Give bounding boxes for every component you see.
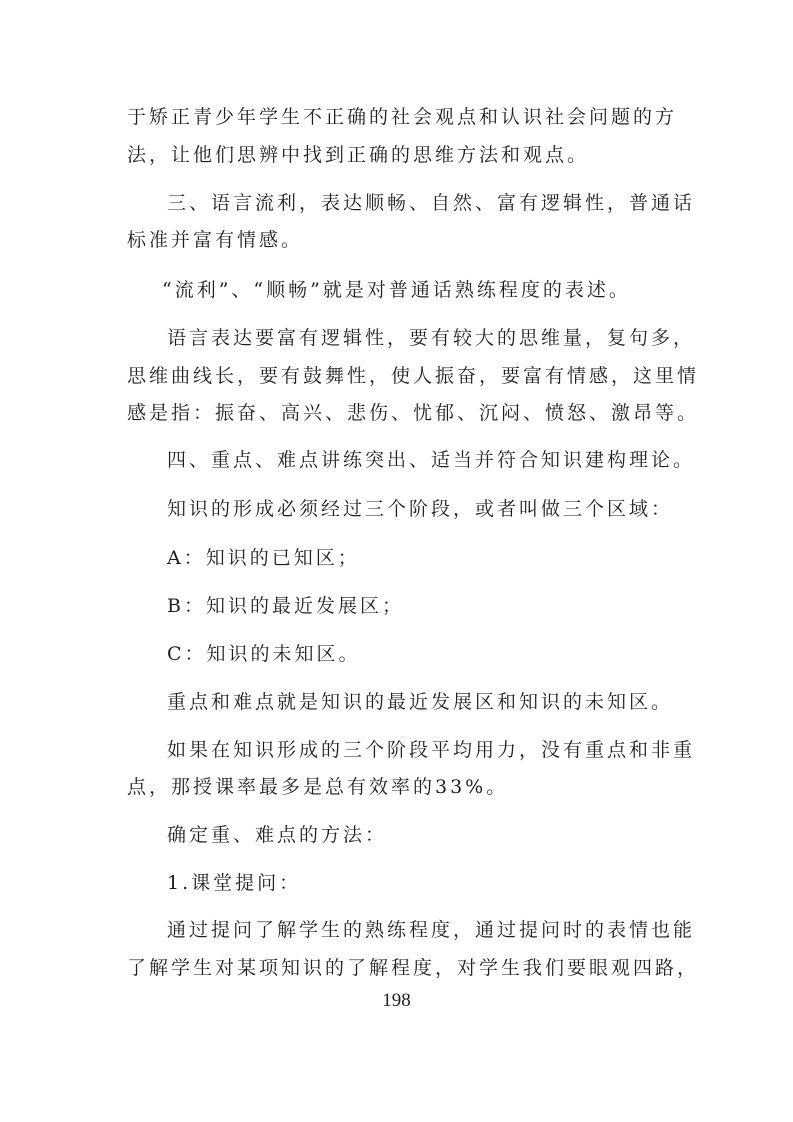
paragraph-line: 法，让他们思辨中找到正确的思维方法和观点。 <box>127 142 589 168</box>
paragraph-line: 语言表达要富有逻辑性，要有较大的思维量，复句多， <box>167 325 695 351</box>
section-heading-3-cont: 标准并富有情感。 <box>127 227 303 253</box>
section-heading-4: 四、重点、难点讲练突出、适当并符合知识建构理论。 <box>167 447 695 473</box>
subheading-classroom-questions: 1.课堂提问： <box>167 870 301 896</box>
section-heading-3: 三、语言流利，表达顺畅、自然、富有逻辑性，普通话 <box>167 190 695 216</box>
paragraph-line: 感是指：振奋、高兴、悲伤、忧郁、沉闷、愤怒、激昂等。 <box>127 400 699 426</box>
list-item-b: B：知识的最近发展区； <box>167 593 404 619</box>
document-page: 于矫正青少年学生不正确的社会观点和认识社会问题的方 法，让他们思辨中找到正确的思… <box>0 0 793 1122</box>
subheading-methods: 确定重、难点的方法： <box>167 822 387 848</box>
list-item-c: C：知识的未知区。 <box>167 641 361 667</box>
paragraph-line: “流利”、“顺畅”就是对普通话熟练程度的表述。 <box>162 277 631 303</box>
paragraph-line: 了解学生对某项知识的了解程度，对学生我们要眼观四路， <box>127 955 699 981</box>
paragraph-line: 思维曲线长，要有鼓舞性，使人振奋，要富有情感，这里情 <box>127 363 699 389</box>
paragraph-line: 知识的形成必须经过三个阶段，或者叫做三个区域： <box>167 496 673 522</box>
paragraph-line: 于矫正青少年学生不正确的社会观点和认识社会问题的方 <box>127 104 677 130</box>
paragraph-line: 点，那授课率最多是总有效率的33%。 <box>127 774 508 800</box>
paragraph-line: 通过提问了解学生的熟练程度，通过提问时的表情也能 <box>167 917 695 943</box>
list-item-a: A：知识的已知区； <box>167 545 360 571</box>
page-number: 198 <box>0 990 793 1012</box>
paragraph-line: 重点和难点就是知识的最近发展区和知识的未知区。 <box>167 689 673 715</box>
paragraph-line: 如果在知识形成的三个阶段平均用力，没有重点和非重 <box>167 737 695 763</box>
